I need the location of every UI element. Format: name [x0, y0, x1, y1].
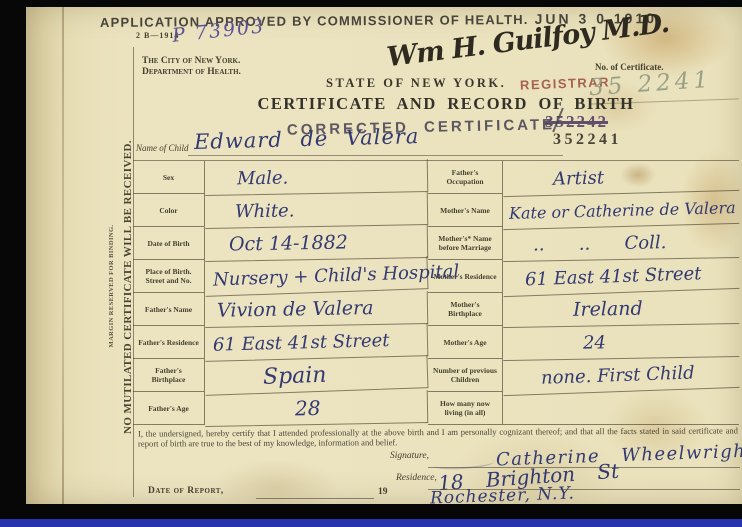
state-line: STATE OF NEW YORK. — [326, 76, 506, 91]
city-line-2: Department of Health. — [142, 67, 241, 78]
field-value-mother-name: Kate or Catherine de Valera — [503, 191, 740, 230]
date-of-report-year-prefix: 19 — [378, 487, 388, 497]
field-label-father-residence: Father's Residence — [133, 326, 205, 359]
name-of-child-label: Name of Child — [136, 143, 189, 153]
field-value-previous-children: none. First Child — [502, 355, 739, 396]
scan-bottom-border — [0, 519, 742, 527]
birth-record-table: Sex Male. Father's Occupation Artist Col… — [133, 160, 739, 425]
name-of-child-value: Edward de Valera — [194, 124, 420, 154]
field-label-color: Color — [133, 194, 205, 227]
field-label-mother-maiden-name: Mother's* Name before Marriage — [428, 227, 503, 260]
approval-stamp-text: APPLICATION APPROVED BY COMMISSIONER OF … — [100, 12, 529, 30]
field-value-color: White. — [205, 192, 429, 229]
margin-note-binding: MARGIN RESERVED FOR BINDING. — [108, 157, 115, 415]
field-label-sex: Sex — [133, 161, 205, 194]
field-label-mother-age: Mother's Age — [428, 326, 503, 359]
signature-label: Signature, — [390, 451, 429, 461]
stamped-certificate-number: 352241 — [553, 131, 622, 149]
field-value-sex: Male. — [205, 159, 429, 196]
field-label-previous-children: Number of previous Children — [428, 359, 503, 392]
issuing-authority: The City of New York. Department of Heal… — [142, 56, 241, 78]
field-label-father-name: Father's Name — [133, 293, 205, 326]
certificate-paper: APPLICATION APPROVED BY COMMISSIONER OF … — [26, 7, 742, 504]
residence-label: Residence, — [396, 473, 437, 483]
name-of-child-writing-line — [188, 155, 563, 156]
field-label-now-living: How many now living (in all) — [428, 392, 503, 425]
date-of-report-writing-line — [256, 498, 374, 499]
scanned-birth-certificate-page: APPLICATION APPROVED BY COMMISSIONER OF … — [0, 0, 742, 527]
field-label-mother-name: Mother's Name — [428, 194, 503, 227]
field-label-father-age: Father's Age — [133, 392, 205, 425]
margin-note-no-mutilated: NO MUTILATED CERTIFICATE WILL BE RECEIVE… — [122, 131, 134, 443]
field-value-now-living — [503, 392, 739, 425]
document-title: CERTIFICATE AND RECORD OF BIRTH — [246, 94, 646, 114]
field-value-father-age: 28 — [205, 390, 429, 427]
field-value-father-name: Vivion de Valera — [205, 291, 429, 328]
field-value-mother-birthplace: Ireland — [503, 291, 740, 328]
field-label-father-birthplace: Father's Birthplace — [133, 359, 205, 392]
field-label-mother-birthplace: Mother's Birthplace — [428, 293, 503, 326]
field-label-father-occupation: Father's Occupation — [428, 161, 503, 194]
field-label-place-of-birth: Place of Birth. Street and No. — [133, 260, 205, 293]
city-line-1: The City of New York. — [142, 56, 241, 67]
field-label-date-of-birth: Date of Birth — [133, 227, 205, 260]
date-of-report-label: Date of Report, — [148, 486, 224, 496]
